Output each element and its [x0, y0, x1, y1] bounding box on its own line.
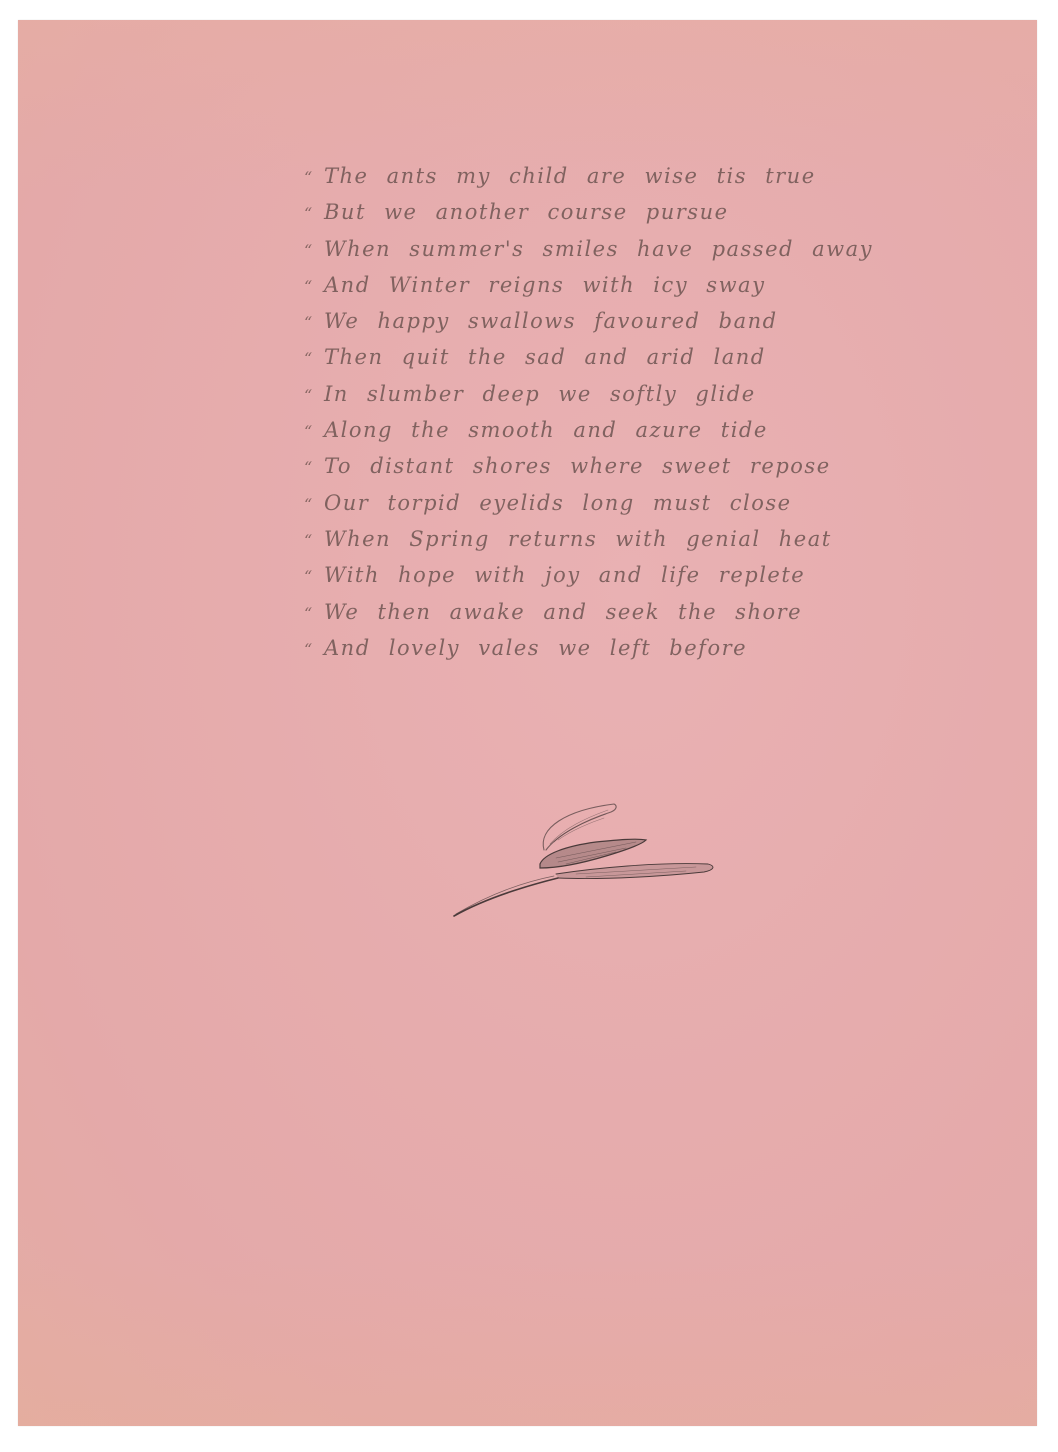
poem-line: “But we another course pursue [304, 194, 984, 230]
poem-line: “Along the smooth and azure tide [304, 412, 984, 448]
poem-line: “When Spring returns with genial heat [304, 521, 984, 557]
poem-line: “The ants my child are wise tis true [304, 158, 984, 194]
quote-mark: “ [304, 559, 324, 595]
quote-mark: “ [304, 341, 324, 377]
quote-mark: “ [304, 378, 324, 414]
poem-line-text: And Winter reigns with icy sway [324, 273, 765, 297]
poem-line: “And Winter reigns with icy sway [304, 267, 984, 303]
quote-mark: “ [304, 523, 324, 559]
quote-mark: “ [304, 196, 324, 232]
poem-line: “We happy swallows favoured band [304, 303, 984, 339]
poem-line-text: With hope with joy and life replete [324, 563, 805, 587]
poem-line-text: In slumber deep we softly glide [324, 382, 756, 406]
poem-line: “And lovely vales we left before [304, 630, 984, 666]
poem-line: “To distant shores where sweet repose [304, 448, 984, 484]
poem-line-text: Our torpid eyelids long must close [324, 491, 792, 515]
poem-line-text: We then awake and seek the shore [324, 600, 802, 624]
poem-line: “We then awake and seek the shore [304, 594, 984, 630]
quote-mark: “ [304, 305, 324, 341]
poem-line-text: Then quit the sad and arid land [324, 345, 766, 369]
poem-line-text: We happy swallows favoured band [324, 309, 778, 333]
quote-mark: “ [304, 160, 324, 196]
quote-mark: “ [304, 487, 324, 523]
quote-mark: “ [304, 596, 324, 632]
poem-line: “When summer's smiles have passed away [304, 231, 984, 267]
poem-line-text: And lovely vales we left before [324, 636, 747, 660]
poem-line-text: But we another course pursue [324, 200, 729, 224]
quote-mark: “ [304, 233, 324, 269]
quote-mark: “ [304, 632, 324, 668]
poem-line: “In slumber deep we softly glide [304, 376, 984, 412]
poem-line-text: To distant shores where sweet repose [324, 454, 831, 478]
quote-mark: “ [304, 269, 324, 305]
poem-line-text: Along the smooth and azure tide [324, 418, 768, 442]
poem-line-text: When Spring returns with genial heat [324, 527, 832, 551]
swallow-sketch-icon [446, 798, 736, 918]
quote-mark: “ [304, 414, 324, 450]
poem-line: “Then quit the sad and arid land [304, 339, 984, 375]
quote-mark: “ [304, 450, 324, 486]
manuscript-page: “The ants my child are wise tis true “Bu… [18, 20, 1037, 1426]
poem-line: “With hope with joy and life replete [304, 557, 984, 593]
poem: “The ants my child are wise tis true “Bu… [304, 158, 984, 666]
poem-line-text: When summer's smiles have passed away [324, 237, 873, 261]
poem-line: “Our torpid eyelids long must close [304, 485, 984, 521]
poem-line-text: The ants my child are wise tis true [324, 164, 816, 188]
